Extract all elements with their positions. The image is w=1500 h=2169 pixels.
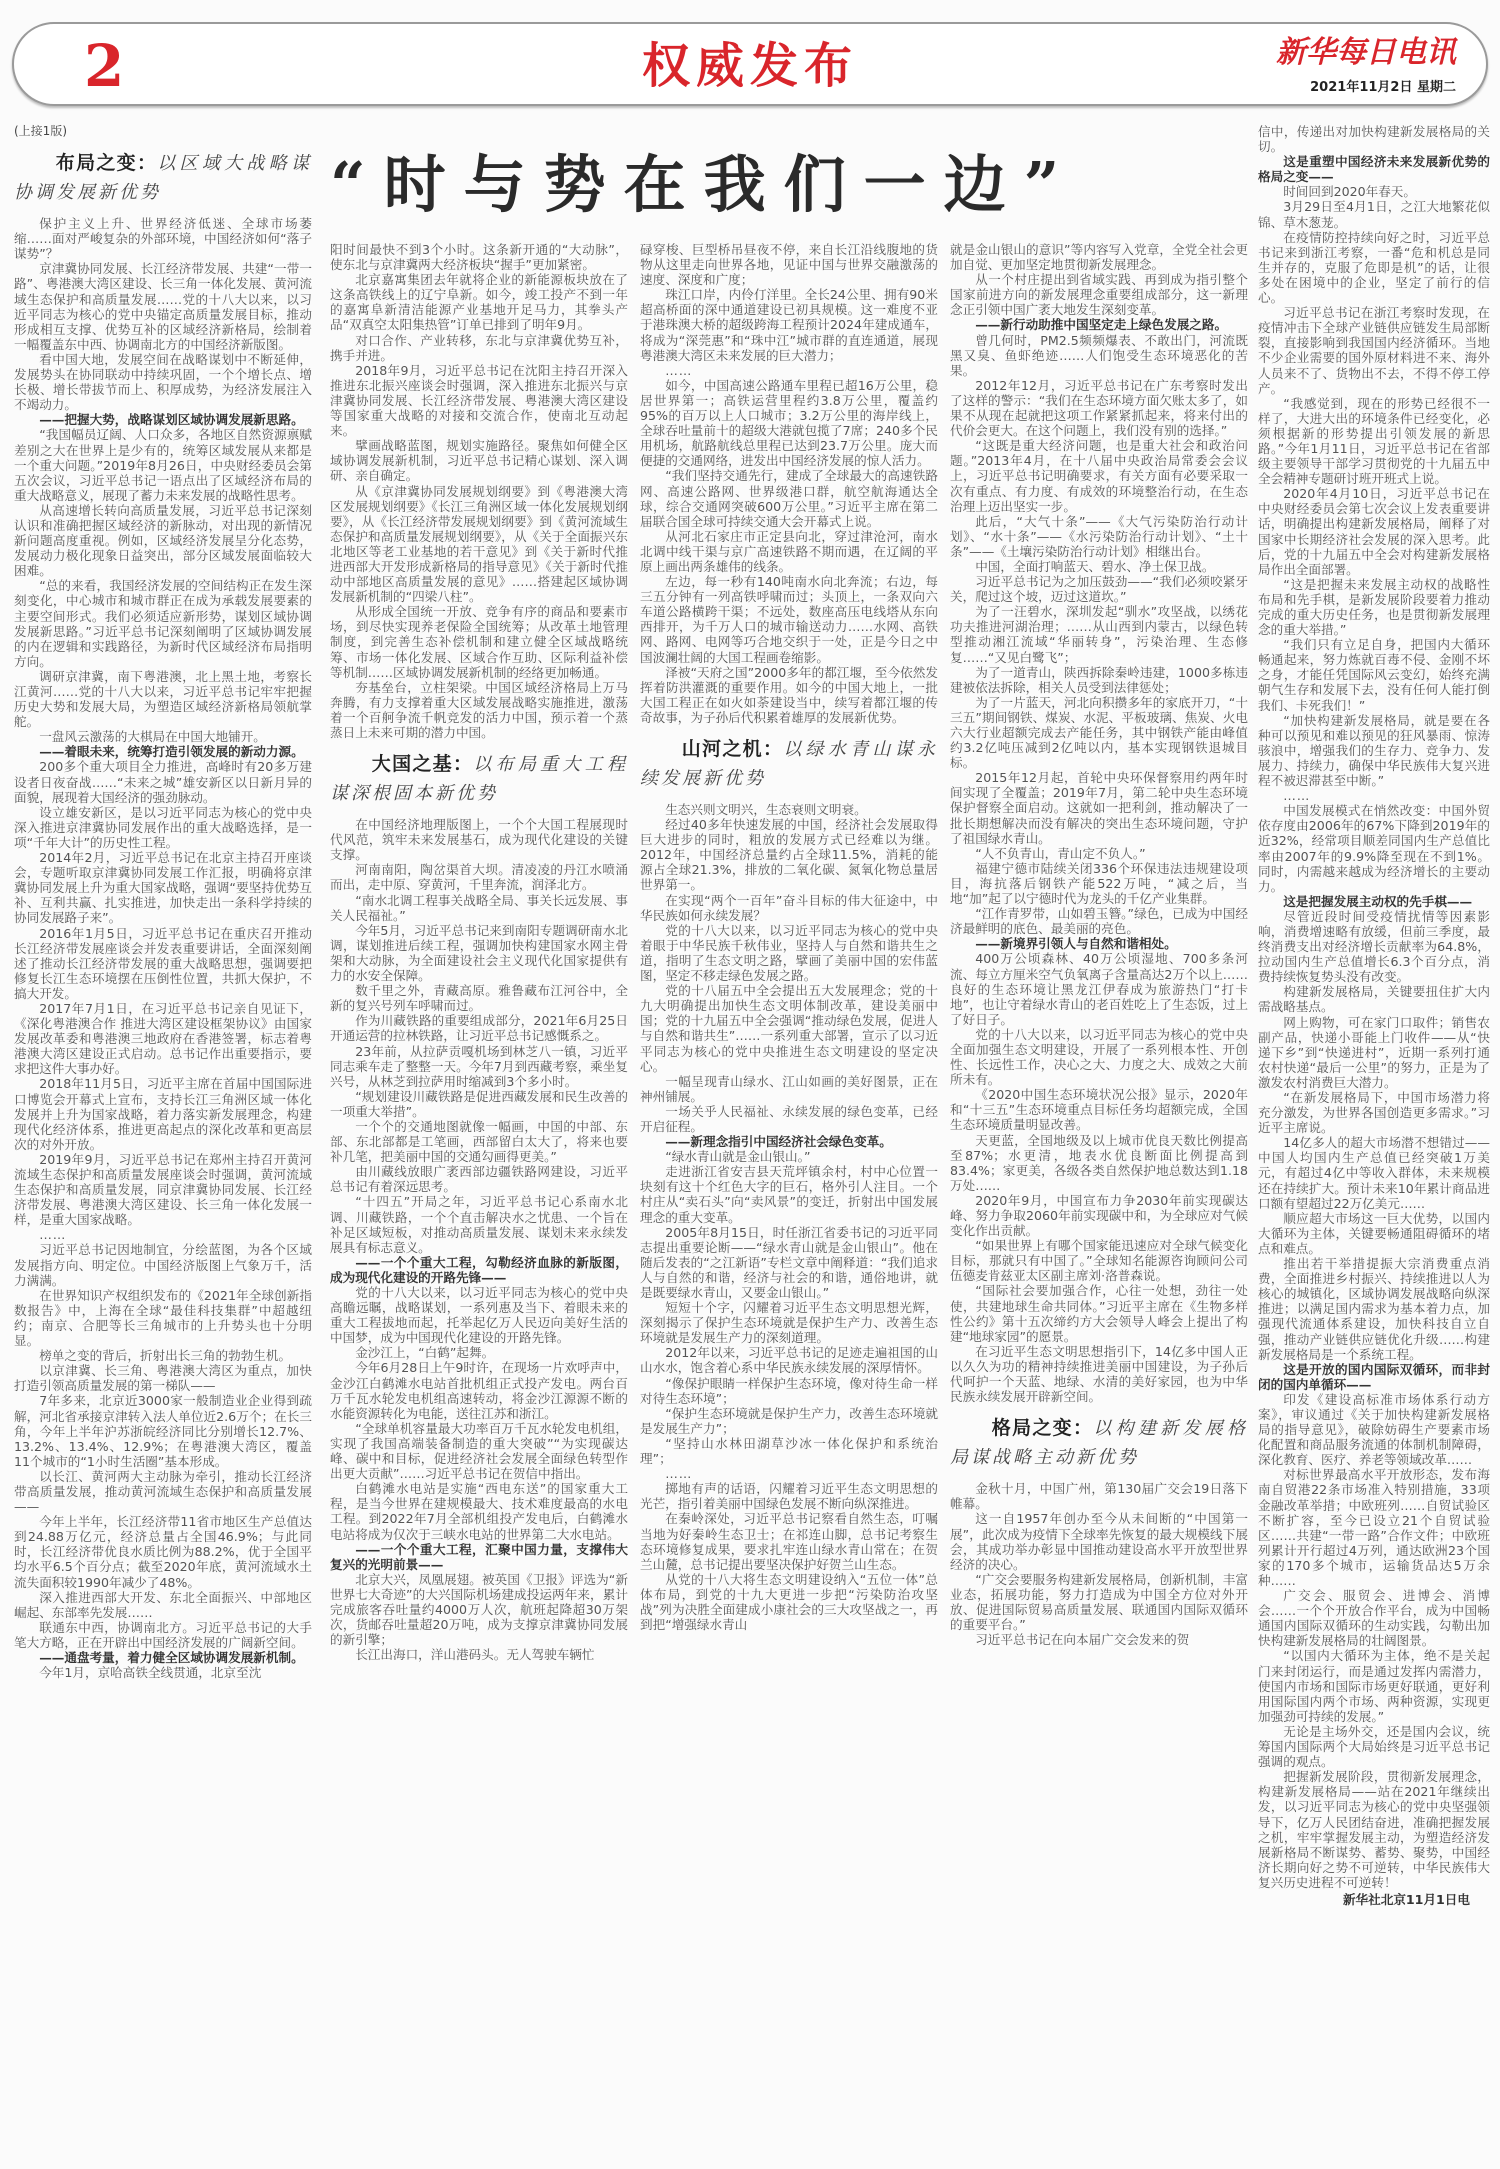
paragraph: “我国幅员辽阔、人口众多，各地区自然资源禀赋差别之大在世界上是少有的，统筹区域发… (14, 427, 312, 502)
paragraph: 为了一道青山，陕西拆除秦岭违建，1000多栋违建被依法拆除，相关人员受到法律惩处… (950, 665, 1248, 695)
paragraph: 为了一片蓝天，河北向积攒多年的家底开刀，“十三五”期间钢铁、煤炭、水泥、平板玻璃… (950, 695, 1248, 770)
continued-note: (上接1版) (14, 124, 312, 139)
paragraph: 从一个村庄提出到省域实践、再到成为指引整个国家前进方向的新发展理念重要组成部分，… (950, 272, 1248, 317)
paragraph: 擘画战略蓝图，规划实施路径。聚焦如何健全区域协调发展新机制，习近平总书记精心谋划… (330, 438, 628, 483)
paragraph: 今年6月28日上午9时许，在现场一片欢呼声中，金沙江白鹤滩水电站首批机组正式投产… (330, 1360, 628, 1420)
paragraph: “南水北调工程事关战略全局、事关长远发展、事关人民福祉。” (330, 893, 628, 923)
paragraph: 此后，“大气十条”——《大气污染防治行动计划》、“水十条”——《水污染防治行动计… (950, 514, 1248, 559)
paragraph: 党的十八届五中全会提出五大发展理念；党的十九大明确提出加快生态文明体制改革，建设… (640, 983, 938, 1074)
paragraph: “规划建设川藏铁路是促进西藏发展和民生改善的一项重大举措”。 (330, 1089, 628, 1119)
paragraph: 今年5月，习近平总书记来到南阳专题调研南水北调，谋划推进后续工程，强调加快构建国… (330, 923, 628, 983)
paragraph: 从形成全国统一开放、竞争有序的商品和要素市场，到尽快实现养老保险全国统筹；从改革… (330, 604, 628, 679)
paragraph: 调研京津冀，南下粤港澳，北上黑土地，考察长江黄河……党的十八大以来，习近平总书记… (14, 669, 312, 729)
paragraph: “我们坚持交通先行，建成了全球最大的高速铁路网、高速公路网、世界级港口群，航空航… (640, 468, 938, 528)
article-column-1: (上接1版)布局之变：以区域大战略谋协调发展新优势保护主义上升、世界经济低迷、全… (14, 124, 312, 1680)
paragraph: 印发《建设高标准市场体系行动方案》，审议通过《关于加快构建新发展格局的指导意见》… (1258, 1392, 1490, 1467)
paragraph: 走进浙江省安吉县天荒坪镇余村，村中心位置一块刻有这十个红色大字的巨石，格外引人注… (640, 1164, 938, 1224)
paragraph: “如果世界上有哪个国家能迅速应对全球气候变化目标，那就只有中国了。”全球知名能源… (950, 1238, 1248, 1283)
paragraph: “广交会要服务构建新发展格局，创新机制，丰富业态，拓展功能，努力打造成为中国全方… (950, 1572, 1248, 1632)
paragraph: 党的十八大以来，以习近平同志为核心的党中央高瞻远瞩，战略谋划，一系列惠及当下、着… (330, 1285, 628, 1345)
subheading-key: 大国之基： (330, 753, 473, 775)
dateline: 新华社北京11月1日电 (1258, 1892, 1490, 1907)
paragraph: 习近平总书记为之加压鼓劲——“我们必须咬紧牙关，爬过这个坡，迈过这道坎。” (950, 574, 1248, 604)
paragraph: 如今，中国高速公路通车里程已超16万公里，稳居世界第一；高铁运营里程约3.8万公… (640, 378, 938, 469)
paragraph: 今年上半年，长江经济带11省市地区生产总值达到24.88万亿元，经济总量占全国4… (14, 1514, 312, 1589)
paragraph: 党的十八大以来，以习近平同志为核心的党中央全面加强生态文明建设，开展了一系列根本… (950, 1027, 1248, 1087)
brand-block: 新华每日电讯 2021年11月2日 星期二 (1276, 36, 1456, 95)
paragraph: 在习近平生态文明思想指引下，14亿多中国人正以久久为功的精神持续推进美丽中国建设… (950, 1344, 1248, 1404)
paragraph: 400万公顷森林、40万公顷湿地、700多条河流、每立方厘米空气负氧离子含量高达… (950, 951, 1248, 1026)
paragraph-continuation: 阳时间最快不到3个小时。这条新开通的“大动脉”，使东北与京津冀两大经济板块“握手… (330, 242, 628, 272)
paragraph: 为了一汪碧水，深圳发起“驯水”攻坚战，以绣花功夫推进河湖治理；……从山西到内蒙古… (950, 604, 1248, 664)
brand-logo: 新华每日电讯 (1276, 36, 1456, 70)
paragraph: 2012年12月，习近平总书记在广东考察时发出了这样的警示：“我们在生态环境方面… (950, 378, 1248, 438)
paragraph: 推出若干举措提振大宗消费重点消费，全面推进乡村振兴、持续推进以人为核心的城镇化，… (1258, 1256, 1490, 1362)
section-subheading: 布局之变：以区域大战略谋协调发展新优势 (14, 149, 312, 208)
bold-lead-paragraph: 这是把握发展主动权的先手棋—— (1258, 894, 1490, 909)
paragraph: “我们只有立足自身，把国内大循环畅通起来，努力炼就百毒不侵、金刚不坏之身，才能任… (1258, 637, 1490, 712)
bold-lead-paragraph: ——一个个重大工程，汇聚中国力量，支撑伟大复兴的光明前景—— (330, 1542, 628, 1572)
paragraph: 金沙江上，“白鹤”起舞。 (330, 1345, 628, 1360)
paragraph: 生态兴则文明兴，生态衰则文明衰。 (640, 802, 938, 817)
paragraph: “加快构建新发展格局，就是要在各种可以预见和难以预见的狂风暴雨、惊涛骇浪中，增强… (1258, 713, 1490, 788)
ellipsis-break: …… (640, 363, 938, 378)
paragraph: 一个个的交通地图就像一幅画，中国的中部、东部、东北部都是工笔画，西部留白太大了，… (330, 1119, 628, 1164)
paragraph: 2019年9月，习近平总书记在郑州主持召开黄河流域生态保护和高质量发展座谈会时强… (14, 1152, 312, 1227)
paragraph: “我感觉到，现在的形势已经很不一样了，大进大出的环境条件已经变化，必须根据新的形… (1258, 396, 1490, 487)
paragraph: “坚持山水林田湖草沙冰一体化保护和系统治理”； (640, 1436, 938, 1466)
bold-lead-paragraph: 这是重塑中国经济未来发展新优势的格局之变—— (1258, 154, 1490, 184)
paragraph: 夯基垒台，立柱架梁。中国区域经济格局上万马奔腾，有力支撑着重大区域发展战略实施推… (330, 680, 628, 740)
paragraph: 一场关乎人民福祉、永续发展的绿色变革，已经开启征程。 (640, 1104, 938, 1134)
paragraph: 构建新发展格局，关键要扭住扩大内需战略基点。 (1258, 984, 1490, 1014)
paragraph: “十四五”开局之年，习近平总书记心系南水北调、川藏铁路，一个个直击解决水之忧患、… (330, 1194, 628, 1254)
paragraph: 2005年8月15日，时任浙江省委书记的习近平同志提出重要论断——“绿水青山就是… (640, 1225, 938, 1300)
bold-lead-paragraph: 这是开放的国内国际双循环，而非封闭的国内单循环—— (1258, 1362, 1490, 1392)
paragraph: 由川藏线放眼广袤西部边疆铁路网建设，习近平总书记有着深远思考。 (330, 1164, 628, 1194)
paragraph: 中国，全面打响蓝天、碧水、净土保卫战。 (950, 559, 1248, 574)
paragraph: 7年多来，北京近3000家一般制造业企业得到疏解，河北省承接京津转入法人单位近2… (14, 1393, 312, 1468)
paragraph: 对口合作、产业转移，东北与京津冀优势互补，携手并进。 (330, 333, 628, 363)
paragraph: 北京大兴，凤凰展翅。被英国《卫报》评选为“新世界七大奇迹”的大兴国际机场建成投运… (330, 1572, 628, 1647)
ellipsis-break: …… (640, 1466, 938, 1481)
paragraph: “人不负青山，青山定不负人。” (950, 846, 1248, 861)
paragraph: 200多个重大项目全力推进，高峰时有20多万建设者日夜奋战……“未来之城”雄安新… (14, 759, 312, 804)
headline: “时与势在我们一边” (330, 145, 930, 225)
issue-date: 2021年11月2日 星期二 (1276, 76, 1456, 95)
article-column-3: 碌穿梭、巨型桥吊昼夜不停，来自长江沿线腹地的货物从这里走向世界各地，见证中国与世… (640, 242, 938, 1632)
paragraph: 对标世界最高水平开放形态，发布海南自贸港22条市场准入特别措施，33项金融改革举… (1258, 1467, 1490, 1588)
paragraph: 泽被“天府之国”2000多年的都江堰，至今依然发挥着防洪灌溉的重要作用。如今的中… (640, 665, 938, 725)
paragraph: 白鹤滩水电站是实施“西电东送”的国家重大工程，是当今世界在建规模最大、技术难度最… (330, 1481, 628, 1541)
paragraph: “江作青罗带，山如碧玉簪。”绿色，已成为中国经济最鲜明的底色、最美丽的亮色。 (950, 906, 1248, 936)
paragraph: 以京津冀、长三角、粤港澳大湾区为重点，加快打造引领高质量发展的第一梯队—— (14, 1363, 312, 1393)
paragraph: 以长江、黄河两大主动脉为牵引，推动长江经济带高质量发展，推动黄河流域生态保护和高… (14, 1469, 312, 1514)
article-column-5: 信中，传递出对加快构建新发展格局的关切。这是重塑中国经济未来发展新优势的格局之变… (1258, 124, 1490, 1907)
paragraph: 天更蓝，全国地级及以上城市优良天数比例提高至87%；水更清，地表水优良断面比例提… (950, 1133, 1248, 1193)
section-subheading: 山河之机：以绿水青山谋永续发展新优势 (640, 735, 938, 794)
paragraph: “国际社会要加强合作，心往一处想，劲往一处使，共建地球生命共同体。”习近平主席在… (950, 1283, 1248, 1343)
paragraph: 长江出海口，洋山港码头。无人驾驶车辆忙 (330, 1647, 628, 1662)
article-column-4: 就是金山银山的意识”等内容写入党章，全党全社会更加自觉、更加坚定地贯彻新发展理念… (950, 242, 1248, 1647)
paragraph: 经过40多年快速发展的中国，经济社会发展取得巨大进步的同时，粗放的发展方式已经难… (640, 817, 938, 892)
subheading-key: 山河之机： (640, 738, 783, 760)
bold-lead-paragraph: ——新理念指引中国经济社会绿色变革。 (640, 1134, 938, 1149)
paragraph: 联通东中西，协调南北方。习近平总书记的大手笔大方略，正在开辟出中国经济发展的广阔… (14, 1620, 312, 1650)
paragraph: 在秦岭深处，习近平总书记察看自然生态，叮嘱当地为好秦岭生态卫士；在祁连山脚，总书… (640, 1511, 938, 1571)
paragraph: 曾几何时，PM2.5频频爆表、不敢出门，河流既黑又臭、鱼虾绝迹……人们饱受生态环… (950, 333, 1248, 378)
paragraph: 顺应超大市场这一巨大优势，以国内大循环为主体，关键要畅通阻碍循环的堵点和难点。 (1258, 1211, 1490, 1256)
paragraph: 把握新发展阶段，贯彻新发展理念，构建新发展格局——站在2021年继续出发，以习近… (1258, 1769, 1490, 1890)
paragraph: 习近平总书记在浙江考察时发现，在疫情冲击下全球产业链供应链发生局部断裂，直接影响… (1258, 305, 1490, 396)
paragraph: 京津冀协同发展、长江经济带发展、共建“一带一路”、粤港澳大湾区建设、长三角一体化… (14, 261, 312, 352)
paragraph: 金秋十月，中国广州，第130届广交会19日落下帷幕。 (950, 1481, 1248, 1511)
section-subheading: 格局之变：以构建新发展格局谋战略主动新优势 (950, 1414, 1248, 1473)
paragraph: 23年前，从拉萨贡嘎机场到林芝八一镇，习近平同志乘车走了整整一天。今年7月到西藏… (330, 1044, 628, 1089)
subheading-key: 格局之变： (950, 1417, 1093, 1439)
paragraph: “像保护眼睛一样保护生态环境，像对待生命一样对待生态环境”； (640, 1376, 938, 1406)
paragraph-continuation: 就是金山银山的意识”等内容写入党章，全党全社会更加自觉、更加坚定地贯彻新发展理念… (950, 242, 1248, 272)
paragraph: 习近平总书记因地制宜，分绘蓝图，为各个区域发展指方向、明定位。中国经济版图上气象… (14, 1242, 312, 1287)
paragraph: 河南南阳，陶岔渠首大坝。清凌凌的丹江水喷涌而出，走中原、穿黄河，千里奔流，润泽北… (330, 862, 628, 892)
paragraph: 看中国大地，发展空间在战略谋划中不断延伸，发展势头在协同联动中持续巩固，一个个增… (14, 352, 312, 412)
paragraph: 在疫情防控持续向好之时，习近平总书记来到浙江考察，一番“危和机总是同生并存的，克… (1258, 230, 1490, 305)
paragraph: 左边，每一秒有140吨南水向北奔流；右边，每三五分钟有一列高铁呼啸而过；头顶上，… (640, 574, 938, 665)
paragraph: 2020年4月10日，习近平总书记在中央财经委员会第七次会议上发表重要讲话，明确… (1258, 486, 1490, 577)
subheading-key: 布局之变： (14, 152, 157, 174)
bold-lead-paragraph: ——新境界引领人与自然和谐相处。 (950, 936, 1248, 951)
ellipsis-break: …… (1258, 788, 1490, 803)
paragraph: 掷地有声的话语，闪耀着习近平生态文明思想的光芒，指引着美丽中国绿色发展不断向纵深… (640, 1481, 938, 1511)
paragraph: 时间回到2020年春天。 (1258, 184, 1490, 199)
bold-lead-paragraph: ——把握大势，战略谋划区域协调发展新思路。 (14, 412, 312, 427)
paragraph: 从《京津冀协同发展规划纲要》到《粤港澳大湾区发展规划纲要》《长江三角洲区域一体化… (330, 484, 628, 605)
paragraph: “以国内大循环为主体，绝不是关起门来封闭运行，而是通过发挥内需潜力，使国内市场和… (1258, 1648, 1490, 1723)
paragraph: 习近平总书记在向本届广交会发来的贺 (950, 1632, 1248, 1647)
paragraph: “全球单机容量最大功率百万千瓦水轮发电机组，实现了我国高端装备制造的重大突破”“… (330, 1421, 628, 1481)
newspaper-page: 2 权威发布 新华每日电讯 2021年11月2日 星期二 “时与势在我们一边” … (0, 0, 1500, 2169)
paragraph: 作为川藏铁路的重要组成部分，2021年6月25日开通运营的拉林铁路，让习近平总书… (330, 1013, 628, 1043)
paragraph: “这既是重大经济问题，也是重大社会和政治问题。”2013年4月，在十八届中央政治… (950, 438, 1248, 513)
paragraph: “这是把握未来发展主动权的战略性布局和先手棋，是新发展阶段要着力推动完成的重大历… (1258, 577, 1490, 637)
paragraph: 珠江口岸，内伶仃洋里。全长24公里、拥有90米超高桥面的深中通道建设已初具规模。… (640, 287, 938, 362)
paragraph: 14亿多人的超大市场潜不想错过——中国人均国内生产总值已经突破1万美元，有超过4… (1258, 1135, 1490, 1210)
paragraph-continuation: 碌穿梭、巨型桥吊昼夜不停，来自长江沿线腹地的货物从这里走向世界各地，见证中国与世… (640, 242, 938, 287)
paragraph: 2015年12月起，首轮中央环保督察用约两年时间实现了全覆盖；2019年7月，第… (950, 770, 1248, 845)
paragraph: 2012年以来，习近平总书记的足迹走遍祖国的山山水水，饱含着心系中华民族永续发展… (640, 1345, 938, 1375)
paragraph: 从高速增长转向高质量发展，习近平总书记深刻认识和准确把握区域经济的新脉动，对出现… (14, 503, 312, 578)
paragraph: 2018年9月，习近平总书记在沈阳主持召开深入推进东北振兴座谈会时强调，深入推进… (330, 363, 628, 438)
paragraph: 《2020中国生态环境状况公报》显示，2020年和“十三五”生态环境重点目标任务… (950, 1087, 1248, 1132)
section-title: 权威发布 (14, 38, 1486, 94)
paragraph-continuation: 信中，传递出对加快构建新发展格局的关切。 (1258, 124, 1490, 154)
paragraph: 一幅呈现青山绿水、江山如画的美好图景，正在神州铺展。 (640, 1074, 938, 1104)
paragraph: 设立雄安新区，是以习近平同志为核心的党中央深入推进京津冀协同发展作出的重大战略选… (14, 805, 312, 850)
bold-lead-paragraph: ——新行动助推中国坚定走上绿色发展之路。 (950, 317, 1248, 332)
paragraph: 2017年7月1日，在习近平总书记亲自见证下，《深化粤港澳合作 推进大湾区建设框… (14, 1001, 312, 1076)
article-column-2: 阳时间最快不到3个小时。这条新开通的“大动脉”，使东北与京津冀两大经济板块“握手… (330, 242, 628, 1662)
paragraph: 榜单之变的背后，折射出长三角的勃勃生机。 (14, 1348, 312, 1363)
paragraph: 短短十个字，闪耀着习近平生态文明思想光辉，深刻揭示了保护生态环境就是保护生产力、… (640, 1300, 938, 1345)
bold-lead-paragraph: ——通盘考量，着力健全区域协调发展新机制。 (14, 1650, 312, 1665)
paragraph: “绿水青山就是金山银山。” (640, 1149, 938, 1164)
bold-lead-paragraph: ——一个个重大工程，勾勒经济血脉的新版图，成为现代化建设的开路先锋—— (330, 1255, 628, 1285)
masthead: 2 权威发布 新华每日电讯 2021年11月2日 星期二 (12, 22, 1488, 106)
paragraph: 从河北石家庄市正定县向北，穿过津沧河，南水北调中线干渠与京广高速铁路不期而遇，在… (640, 529, 938, 574)
paragraph: 从党的十八大将生态文明建设纳入“五位一体”总体布局，到党的十九大更进一步把“污染… (640, 1572, 938, 1632)
paragraph: 福建宁德市陆续关闭336个环保违法违规建设项目，海抗落后钢铁产能522万吨，“减… (950, 861, 1248, 906)
paragraph: “在新发展格局下，中国市场潜力将充分激发，为世界各国创造更多需求。”习近平主席说… (1258, 1090, 1490, 1135)
section-subheading: 大国之基：以布局重大工程谋深根固本新优势 (330, 750, 628, 809)
paragraph: 广交会、服贸会、进博会、消博会……一个个开放合作平台，成为中国畅通国内国际双循环… (1258, 1588, 1490, 1648)
bold-lead-paragraph: ——着眼未来，统筹打造引领发展的新动力源。 (14, 744, 312, 759)
paragraph: 中国发展模式在悄然改变：中国外贸依存度由2006年的67%下降到2019年的近3… (1258, 803, 1490, 894)
paragraph: “保护生态环境就是保护生产力，改善生态环境就是发展生产力”； (640, 1406, 938, 1436)
paragraph: 深入推进西部大开发、东北全面振兴、中部地区崛起、东部率先发展…… (14, 1590, 312, 1620)
paragraph: 数千里之外，青藏高原。雅鲁藏布江河谷中，全新的复兴号列车呼啸而过。 (330, 983, 628, 1013)
paragraph: 3月29日至4月1日，之江大地繁花似锦、草木葱茏。 (1258, 199, 1490, 229)
paragraph: 2016年1月5日，习近平总书记在重庆召开推动长江经济带发展座谈会并发表重要讲话… (14, 926, 312, 1001)
ellipsis-break: …… (14, 1227, 312, 1242)
paragraph: “总的来看，我国经济发展的空间结构正在发生深刻变化，中心城市和城市群正在成为承载… (14, 578, 312, 669)
paragraph: 无论是主场外交，还是国内会议，统筹国内国际两个大局始终是习近平总书记强调的观点。 (1258, 1724, 1490, 1769)
paragraph: 北京嘉寓集团去年就将企业的新能源板块放在了这条高铁线上的辽宁阜新。如今，竣工投产… (330, 272, 628, 332)
paragraph: 2020年9月，中国宣布力争2030年前实现碳达峰、努力争取2060年前实现碳中… (950, 1193, 1248, 1238)
paragraph: 这一自1957年创办至今从未间断的“中国第一展”，此次成为疫情下全球率先恢复的最… (950, 1511, 1248, 1571)
paragraph: 一盘风云激荡的大棋局在中国大地铺开。 (14, 729, 312, 744)
paragraph: 在实现“两个一百年”奋斗目标的伟大征途中，中华民族如何永续发展？ (640, 893, 938, 923)
paragraph: 保护主义上升、世界经济低迷、全球市场萎缩……面对严峻复杂的外部环境，中国经济如何… (14, 216, 312, 261)
paragraph: 2018年11月5日，习近平主席在首届中国国际进口博览会开幕式上宣布，支持长江三… (14, 1076, 312, 1151)
paragraph: 2014年2月，习近平总书记在北京主持召开座谈会，专题听取京津冀协同发展工作汇报… (14, 850, 312, 925)
paragraph: 党的十八大以来，以习近平同志为核心的党中央着眼于中华民族千秋伟业，坚持人与自然和… (640, 923, 938, 983)
paragraph: 在世界知识产权组织发布的《2021年全球创新指数报告》中，上海在全球“最佳科技集… (14, 1288, 312, 1348)
paragraph: 在中国经济地理版图上，一个个大国工程展现时代风范，筑牢未来发展基石，成为现代化建… (330, 817, 628, 862)
paragraph: 网上购物，可在家门口取件；销售农副产品，快递小哥能上门收件——从“快递下乡”到“… (1258, 1015, 1490, 1090)
paragraph: 尽管近段时间受疫情扰情等因素影响，消费增速略有放缓，但前三季度，最终消费支出对经… (1258, 909, 1490, 984)
paragraph: 今年1月，京哈高铁全线贯通，北京至沈 (14, 1665, 312, 1680)
